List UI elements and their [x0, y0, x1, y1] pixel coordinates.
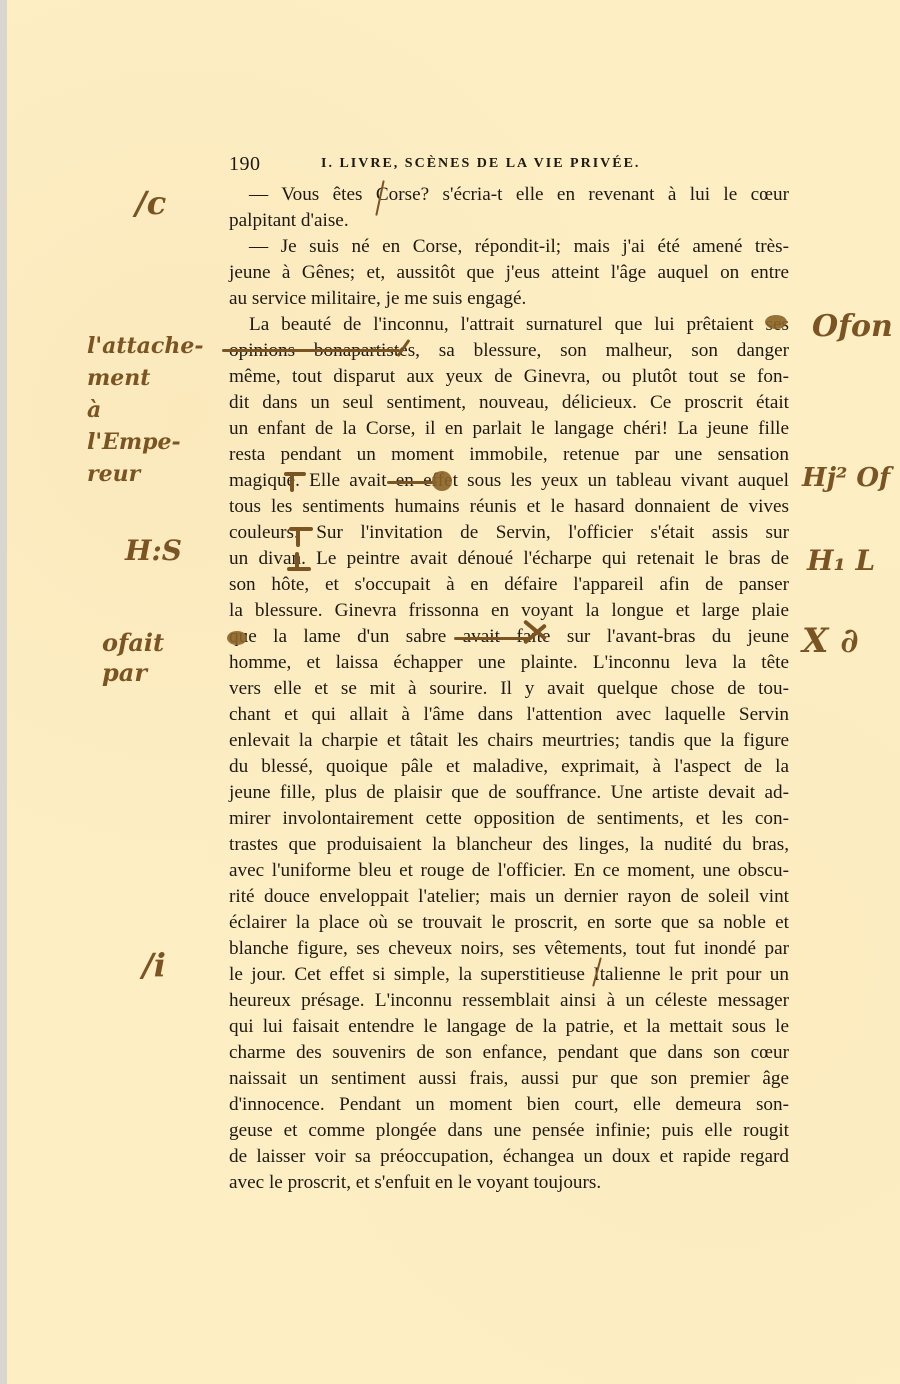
- document-page: 190 I. LIVRE, SCÈNES DE LA VIE PRIVÉE. —…: [7, 0, 900, 1384]
- text-line: même, tout disparut aux yeux de Ginevra,…: [229, 364, 789, 390]
- text-line: au service militaire, je me suis engagé.: [229, 286, 789, 312]
- text-line: de laisser voir sa préoccupation, échang…: [229, 1144, 789, 1170]
- margin-note-attachement: l'attache- ment à l'Empe- reur: [87, 330, 203, 490]
- text-line: vers elle et se mit à sourire. Il y avai…: [229, 676, 789, 702]
- text-line: son hôte, et s'occupait à en défaire l'a…: [229, 572, 789, 598]
- caret-magique-stem: [290, 472, 294, 492]
- text-line: un divan. Le peintre avait dénoué l'écha…: [229, 546, 789, 572]
- text-line: — Vous êtes Corse? s'écria-t elle en rev…: [229, 182, 789, 208]
- text-line: heureux présage. L'inconnu ressemblait a…: [229, 988, 789, 1014]
- text-line: jeune fille, plus de plaisir que de souf…: [229, 780, 789, 806]
- strike-en-effet: [387, 481, 437, 484]
- text-line: jeune à Gênes; et, aussitôt que j'eus at…: [229, 260, 789, 286]
- text-line: homme, et laissa échapper une plainte. L…: [229, 650, 789, 676]
- margin-note-hj2-of: Hj² Of: [802, 462, 890, 495]
- margin-note-ofon: Ofon: [812, 308, 893, 346]
- text-line: d'innocence. Pendant un moment bien cour…: [229, 1092, 789, 1118]
- correction-mark-ses: [765, 315, 787, 329]
- text-line: geuse et comme plongée dans une pensée i…: [229, 1118, 789, 1144]
- text-line: mirer involontairement cette opposition …: [229, 806, 789, 832]
- margin-note-fait-par: ofait par: [102, 628, 164, 688]
- text-line: resta pendant un moment immobile, retenu…: [229, 442, 789, 468]
- text-line: tous les sentiments humains réunis et le…: [229, 494, 789, 520]
- margin-note-i: /i: [142, 945, 166, 985]
- text-line: trastes que produisaient la blancheur de…: [229, 832, 789, 858]
- text-line: la blessure. Ginevra frissonna en voyant…: [229, 598, 789, 624]
- text-line: charme des souvenirs de son enfance, pen…: [229, 1040, 789, 1066]
- text-line: un enfant de la Corse, il en parlait le …: [229, 416, 789, 442]
- text-line: La beauté de l'inconnu, l'attrait surnat…: [229, 312, 789, 338]
- margin-note-h1-l: H₁ L: [807, 543, 875, 578]
- text-line: couleurs. Sur l'invitation de Servin, l'…: [229, 520, 789, 546]
- text-line: enlevait la charpie et tâtait les chairs…: [229, 728, 789, 754]
- text-line: avec le proscrit, et s'enfuit en le voya…: [229, 1170, 789, 1196]
- caret-magique: [284, 472, 306, 476]
- caret-divan-stem: [295, 552, 299, 570]
- text-line: le jour. Cet effet si simple, la superst…: [229, 962, 789, 988]
- text-line: du blessé, quoique pâle et maladive, exp…: [229, 754, 789, 780]
- margin-note-hs: H:S: [125, 533, 182, 568]
- text-line: avec l'uniforme bleu et rouge de l'offic…: [229, 858, 789, 884]
- text-line: magique. Elle avait en effet sous les ye…: [229, 468, 789, 494]
- text-line: chant et qui allait à l'âme dans l'atten…: [229, 702, 789, 728]
- margin-note-x: X ∂: [802, 620, 858, 663]
- text-line: naissait un sentiment aussi frais, aussi…: [229, 1066, 789, 1092]
- caret-couleurs-stem: [296, 527, 300, 547]
- caret-couleurs: [289, 527, 313, 531]
- correction-mark-que: [227, 631, 247, 645]
- text-line: qui lui faisait entendre le langage de l…: [229, 1014, 789, 1040]
- text-line: blanche figure, ses cheveux noirs, ses v…: [229, 936, 789, 962]
- text-line: — Je suis né en Corse, répondit-il; mais…: [229, 234, 789, 260]
- caret-divan: [287, 567, 311, 571]
- text-line: éclairer la place où se trouvait le pros…: [229, 910, 789, 936]
- text-line: rité douce enveloppait l'atelier; mais u…: [229, 884, 789, 910]
- strike-avait-faite: [454, 637, 532, 640]
- margin-note-c: /c: [135, 183, 166, 223]
- strike-opinions-bonapartistes: [222, 349, 400, 352]
- text-line: palpitant d'aise.: [229, 208, 789, 234]
- page-header: 190 I. LIVRE, SCÈNES DE LA VIE PRIVÉE.: [229, 153, 689, 177]
- text-line: dit dans un seul sentiment, nouveau, dél…: [229, 390, 789, 416]
- correction-mark-effet: [432, 471, 452, 491]
- body-text: — Vous êtes Corse? s'écria-t elle en rev…: [229, 182, 789, 1196]
- running-head: I. LIVRE, SCÈNES DE LA VIE PRIVÉE.: [321, 156, 640, 172]
- page-number: 190: [229, 153, 261, 176]
